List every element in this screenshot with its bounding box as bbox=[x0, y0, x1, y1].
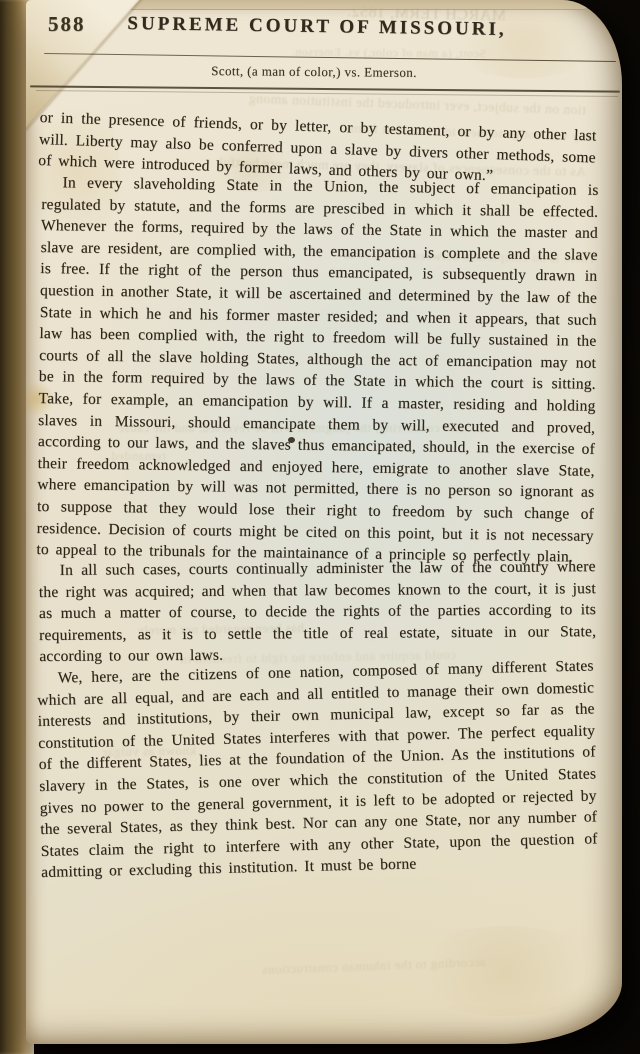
paragraph-courts: In all such cases, courts continually ad… bbox=[39, 557, 597, 669]
paragraph-emancipation: In every slaveholding State in the Union… bbox=[36, 172, 598, 568]
bleedthrough-text: according to the inhuman constructions bbox=[146, 954, 486, 982]
opinion-text: or in the presence of friends, or by let… bbox=[39, 107, 596, 884]
book-page: MARCH TERM, 1852.Scott, (a man of color,… bbox=[26, 0, 622, 1044]
paragraph-states: We, here, are the citizens of one nation… bbox=[37, 656, 599, 885]
underleaf-edge bbox=[92, 0, 588, 10]
photographed-book-page: MARCH TERM, 1852.Scott, (a man of color,… bbox=[0, 0, 640, 1054]
bleedthrough-text: Scott, (a man of color,) vs. Emerson. bbox=[176, 44, 486, 62]
